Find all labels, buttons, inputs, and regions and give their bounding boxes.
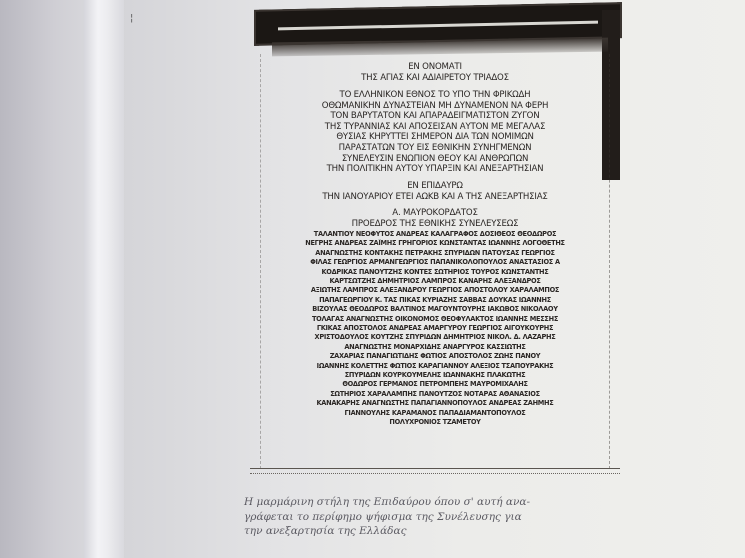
declaration-line: ΟΘΩΜΑΝΙΚΗΝ ΔΥΝΑΣΤΕΙΑΝ ΜΗ ΔΥΝΑΜΕΝΟΝ ΝΑ ΦΕ… bbox=[261, 101, 609, 112]
signatory-line: ΘΟΔΩΡΟΣ ΓΕΡΜΑΝΟΣ ΠΕΤΡΟΜΠΕΗΣ ΜΑΥΡΟΜΙΧΑΛΗΣ bbox=[261, 380, 609, 389]
declaration-line: ΤΟ ΕΛΛΗΝΙΚΟΝ ΕΘΝΟΣ ΤΟ ΥΠΟ ΤΗΝ ΦΡΙΚΩΔΗ bbox=[261, 90, 609, 101]
left-page bbox=[0, 0, 90, 558]
declaration-line: ΤΗΝ ΠΟΛΙΤΙΚΗΝ ΑΥΤΟΥ ΥΠΑΡΞΙΝ ΚΑΙ ΑΝΕΞΑΡΤΗ… bbox=[261, 164, 609, 175]
marble-stele-image: ΕΝ ΟΝΟΜΑΤΙ ΤΗΣ ΑΓΙΑΣ ΚΑΙ ΑΔΙΑΙΡΕΤΟΥ ΤΡΙΑ… bbox=[250, 0, 630, 475]
signatory-line: ΧΡΙΣΤΟΔΟΥΛΟΣ ΚΟΥΤΖΗΣ ΣΠΥΡΙΔΩΝ ΔΗΜΗΤΡΙΟΣ … bbox=[261, 333, 609, 342]
signatory-line: ΤΑΛΑΝΤΙΟΥ ΝΕΟΦΥΤΟΣ ΑΝΔΡΕΑΣ ΚΑΛΑΓΡΑΦΟΣ ΔΟ… bbox=[261, 230, 609, 239]
signatory-line: ΚΟΔΡΙΚΑΣ ΠΑΝΟΥΤΖΗΣ ΚΟΝΤΕΣ ΣΩΤΗΡΙΟΣ ΤΟΥΡΟ… bbox=[261, 268, 609, 277]
handwritten-caption: Η μαρμάρινη στήλη της Επιδαύρου όπου σ' … bbox=[244, 495, 624, 539]
signatory-line: ΒΙΖΟΥΛΑΣ ΘΕΟΔΩΡΟΣ ΒΑΛΤΙΝΟΣ ΜΑΓΟΥΝΤΟΥΡΗΣ … bbox=[261, 305, 609, 314]
declaration-line: ΤΟΝ ΒΑΡΥΤΑΤΟΝ ΚΑΙ ΑΠΑΡΑΔΕΙΓΜΑΤΙΣΤΟΝ ΖΥΓΟ… bbox=[261, 111, 609, 122]
inscription: ΕΝ ΟΝΟΜΑΤΙ ΤΗΣ ΑΓΙΑΣ ΚΑΙ ΑΔΙΑΙΡΕΤΟΥ ΤΡΙΑ… bbox=[261, 62, 609, 427]
signatory-line: ΑΝΑΓΝΩΣΤΗΣ ΜΟΝΑΡΧΙΔΗΣ ΑΝΑΡΓΥΡΟΣ ΚΑΣΣΙΩΤΗ… bbox=[261, 343, 609, 352]
date-line: ΤΗΝ ΙΑΝΟΥΑΡΙΟΥ ΕΤΕΙ ΑΩΚΒ ΚΑΙ Α ΤΗΣ ΑΝΕΞΑ… bbox=[261, 192, 609, 203]
page-mark: ¦ bbox=[130, 14, 134, 34]
caption-line: Η μαρμάρινη στήλη της Επιδαύρου όπου σ' … bbox=[244, 495, 624, 510]
signatory-line: ΝΕΓΡΗΣ ΑΝΔΡΕΑΣ ΖΑΪΜΗΣ ΓΡΗΓΟΡΙΟΣ ΚΩΝΣΤΑΝΤ… bbox=[261, 239, 609, 248]
signatory-line: ΑΞΙΩΤΗΣ ΛΑΜΠΡΟΣ ΑΛΕΞΑΝΔΡΟΥ ΓΕΩΡΓΙΟΣ ΑΠΟΣ… bbox=[261, 286, 609, 295]
invocation-line: ΕΝ ΟΝΟΜΑΤΙ bbox=[261, 62, 609, 73]
caption-line: γράφεται το περίφημο ψήφισμα της Συνέλευ… bbox=[244, 510, 624, 525]
signatory-line: ΑΝΑΓΝΩΣΤΗΣ ΚΟΝΤΑΚΗΣ ΠΕΤΡΑΚΗΣ ΣΠΥΡΙΔΩΝ ΠΑ… bbox=[261, 249, 609, 258]
signatory-line: ΙΩΑΝΝΗΣ ΚΟΛΕΤΤΗΣ ΦΩΤΙΟΣ ΚΑΡΑΓΙΑΝΝΟΥ ΑΛΕΞ… bbox=[261, 362, 609, 371]
president-name: Α. ΜΑΥΡΟΚΟΡΔΑΤΟΣ bbox=[261, 208, 609, 219]
signatory-line: ΓΙΑΝΝΟΥΛΗΣ ΚΑΡΑΜΑΝΟΣ ΠΑΠΑΔΙΑΜΑΝΤΟΠΟΥΛΟΣ bbox=[261, 409, 609, 418]
declaration-line: ΤΗΣ ΤΥΡΑΝΝΙΑΣ ΚΑΙ ΑΠΟΣΕΙΣΑΝ ΑΥΤΟΝ ΜΕ ΜΕΓ… bbox=[261, 122, 609, 133]
signatory-line: ΠΑΠΑΓΕΩΡΓΙΟΥ Κ. ΤΑΣ ΠΙΚΑΣ ΚΥΡΙΑΖΗΣ ΣΑΒΒΑ… bbox=[261, 296, 609, 305]
signatory-line: ΣΩΤΗΡΙΟΣ ΧΑΡΑΛΑΜΠΗΣ ΠΑΝΟΥΤΖΟΣ ΝΟΤΑΡΑΣ ΑΘ… bbox=[261, 390, 609, 399]
declaration-line: ΘΥΣΙΑΣ ΚΗΡΥΤΤΕΙ ΣΗΜΕΡΟΝ ΔΙΑ ΤΩΝ ΝΟΜΙΜΩΝ bbox=[261, 132, 609, 143]
signatory-line: ΚΑΡΤΣΩΤΖΗΣ ΔΗΜΗΤΡΙΟΣ ΛΑΜΠΡΟΣ ΚΑΝΑΡΗΣ ΑΛΕ… bbox=[261, 277, 609, 286]
invocation-line: ΤΗΣ ΑΓΙΑΣ ΚΑΙ ΑΔΙΑΙΡΕΤΟΥ ΤΡΙΑΔΟΣ bbox=[261, 73, 609, 84]
signatory-line: ΠΟΛΥΧΡΟΝΙΟΣ ΤΖΑΜΕΤΟΥ bbox=[261, 418, 609, 427]
signatory-line: ΣΠΥΡΙΔΩΝ ΚΟΥΡΚΟΥΜΕΛΗΣ ΙΩΑΝΝΑΚΗΣ ΠΛΑΚΩΤΗΣ bbox=[261, 371, 609, 380]
signatory-line: ΚΑΝΑΚΑΡΗΣ ΑΝΑΓΝΩΣΤΗΣ ΠΑΠΑΓΙΑΝΝΟΠΟΥΛΟΣ ΑΝ… bbox=[261, 399, 609, 408]
stele-body: ΕΝ ΟΝΟΜΑΤΙ ΤΗΣ ΑΓΙΑΣ ΚΑΙ ΑΔΙΑΙΡΕΤΟΥ ΤΡΙΑ… bbox=[260, 54, 610, 469]
book-gutter bbox=[84, 0, 124, 558]
signatory-line: ΤΟΛΑΓΑΣ ΑΝΑΓΝΩΣΤΗΣ ΟΙΚΟΝΟΜΟΣ ΘΕΟΦΥΛΑΚΤΟΣ… bbox=[261, 315, 609, 324]
declaration-line: ΠΑΡΑΣΤΑΤΩΝ ΤΟΥ ΕΙΣ ΕΘΝΙΚΗΝ ΣΥΝΗΓΜΕΝΩΝ bbox=[261, 143, 609, 154]
stele-base bbox=[250, 468, 620, 474]
declaration-line: ΣΥΝΕΛΕΥΣΙΝ ΕΝΩΠΙΟΝ ΘΕΟΥ ΚΑΙ ΑΝΘΡΩΠΩΝ bbox=[261, 154, 609, 165]
president-title: ΠΡΟΕΔΡΟΣ ΤΗΣ ΕΘΝΙΚΗΣ ΣΥΝΕΛΕΥΣΕΩΣ bbox=[261, 219, 609, 230]
place-line: ΕΝ ΕΠΙΔΑΥΡΩ bbox=[261, 181, 609, 192]
signatory-line: ΦΙΛΑΣ ΓΕΩΡΓΙΟΣ ΑΡΜΑΝΓΕΩΡΓΙΟΣ ΠΑΠΑΝΙΚΟΛΟΠ… bbox=[261, 258, 609, 267]
signatory-line: ΖΑΧΑΡΙΑΣ ΠΑΝΑΓΙΩΤΙΔΗΣ ΦΩΤΙΟΣ ΑΠΟΣΤΟΛΟΣ Ζ… bbox=[261, 352, 609, 361]
signatory-line: ΓΚΙΚΑΣ ΑΠΟΣΤΟΛΟΣ ΑΝΔΡΕΑΣ ΑΜΑΡΓΥΡΟΥ ΓΕΩΡΓ… bbox=[261, 324, 609, 333]
caption-line: την ανεξαρτησία της Ελλάδας bbox=[244, 524, 624, 539]
